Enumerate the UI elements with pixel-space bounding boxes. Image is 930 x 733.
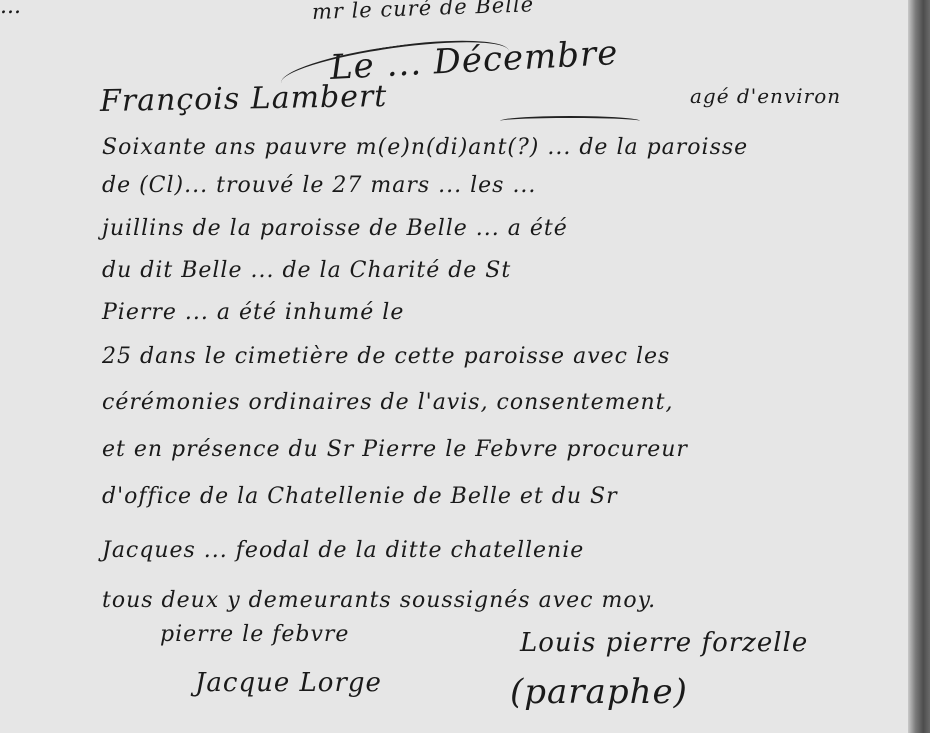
binding-edge: [908, 0, 930, 733]
signature-paraphe: (paraphe): [510, 672, 688, 712]
age-phrase: agé d'environ: [690, 84, 841, 108]
register-page: ... mr le curé de Belle Le ... Décembre …: [0, 0, 912, 733]
body-line-4: du dit Belle ... de la Charité de St: [102, 258, 511, 283]
signature-louis-pierre-forzelle: Louis pierre forzelle: [520, 628, 808, 658]
body-line-6: 25 dans le cimetière de cette paroisse a…: [102, 344, 670, 369]
signature-pierre-le-febvre: pierre le febvre: [160, 622, 349, 647]
deceased-name: François Lambert: [100, 79, 388, 119]
top-fragment: ...: [0, 0, 21, 19]
body-line-3: juillins de la paroisse de Belle ... a é…: [102, 216, 568, 241]
body-line-7: cérémonies ordinaires de l'avis, consent…: [102, 390, 674, 415]
body-line-5: Pierre ... a été inhumé le: [102, 300, 404, 325]
signature-jacque-lorge: Jacque Lorge: [195, 668, 382, 698]
body-line-11: tous deux y demeurants soussignés avec m…: [102, 588, 656, 613]
body-line-10: Jacques ... feodal de la ditte chatellen…: [102, 538, 584, 563]
name-underline: [500, 116, 640, 126]
header-note: mr le curé de Belle: [312, 0, 535, 24]
body-line-1: Soixante ans pauvre m(e)n(di)ant(?) ... …: [102, 135, 748, 160]
body-line-8: et en présence du Sr Pierre le Febvre pr…: [102, 437, 688, 462]
body-line-9: d'office de la Chatellenie de Belle et d…: [102, 484, 618, 509]
body-line-2: de (Cl)... trouvé le 27 mars ... les ...: [102, 173, 536, 198]
